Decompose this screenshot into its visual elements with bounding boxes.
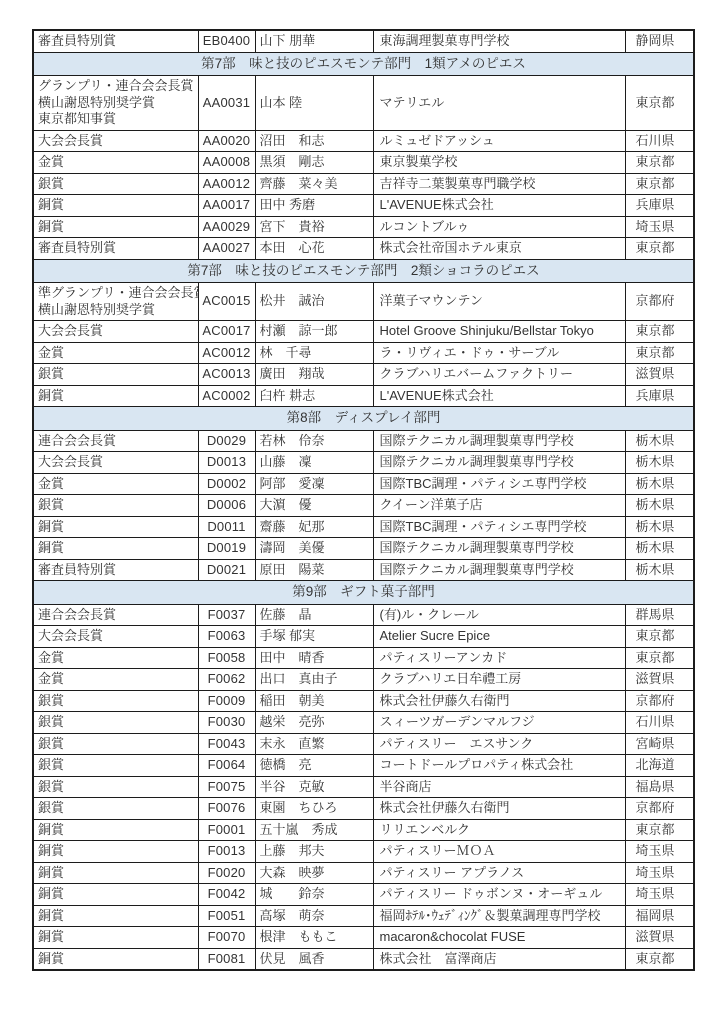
prefecture-cell: 福島県 <box>625 776 694 798</box>
organization-cell: L'AVENUE株式会社 <box>373 385 625 407</box>
award-cell: 銀賞 <box>33 712 198 734</box>
organization-cell: 国際テクニカル調理製菓専門学校 <box>373 430 625 452</box>
entry-code-cell: D0011 <box>198 516 255 538</box>
award-cell: 銅賞 <box>33 948 198 970</box>
table-row: 銀賞 F0075 半谷 克敏 半谷商店 福島県 <box>33 776 694 798</box>
table-row: 銅賞 F0081 伏見 風香 株式会社 富澤商店 東京都 <box>33 948 694 970</box>
organization-cell: 洋菓子マウンテン <box>373 283 625 321</box>
prefecture-cell: 東京都 <box>625 173 694 195</box>
award-cell: 銀賞 <box>33 690 198 712</box>
entry-code-cell: F0075 <box>198 776 255 798</box>
entry-code-cell: AA0017 <box>198 195 255 217</box>
prefecture-cell: 静岡県 <box>625 30 694 52</box>
winner-name-cell: 末永 直繁 <box>255 733 373 755</box>
winner-name-cell: 若林 伶奈 <box>255 430 373 452</box>
entry-code-cell: AC0015 <box>198 283 255 321</box>
table-row: 金賞 D0002 阿部 愛凜 国際TBC調理・パティシエ専門学校 栃木県 <box>33 473 694 495</box>
winner-name-cell: 山下 朋華 <box>255 30 373 52</box>
prefecture-cell: 埼玉県 <box>625 884 694 906</box>
table-row: グランプリ・連合会会長賞 横山謝恩特別奨学賞 東京都知事賞 AA0031 山本 … <box>33 76 694 131</box>
winner-name-cell: 高塚 萌奈 <box>255 905 373 927</box>
winner-name-cell: 大濵 優 <box>255 495 373 517</box>
prefecture-cell: 宮崎県 <box>625 733 694 755</box>
winner-name-cell: 伏見 風香 <box>255 948 373 970</box>
section-title: 第7部 味と技のピエスモンテ部門 1類アメのピエス <box>33 52 694 76</box>
winner-name-cell: 越栄 亮弥 <box>255 712 373 734</box>
prefecture-cell: 東京都 <box>625 76 694 131</box>
organization-cell: 国際TBC調理・パティシエ専門学校 <box>373 473 625 495</box>
organization-cell: マテリエル <box>373 76 625 131</box>
winner-name-cell: 出口 真由子 <box>255 669 373 691</box>
table-row: 金賞 AC0012 林 千尋 ラ・リヴィエ・ドゥ・サーブル 東京都 <box>33 342 694 364</box>
prefecture-cell: 東京都 <box>625 238 694 260</box>
winner-name-cell: 林 千尋 <box>255 342 373 364</box>
organization-cell: パティスリーアンカド <box>373 647 625 669</box>
table-row: 銅賞 D0019 濤岡 美優 国際テクニカル調理製菓専門学校 栃木県 <box>33 538 694 560</box>
award-cell: 大会会長賞 <box>33 452 198 474</box>
organization-cell: 国際テクニカル調理製菓専門学校 <box>373 538 625 560</box>
prefecture-cell: 東京都 <box>625 342 694 364</box>
prefecture-cell: 兵庫県 <box>625 195 694 217</box>
entry-code-cell: F0030 <box>198 712 255 734</box>
winner-name-cell: 根津 ももこ <box>255 927 373 949</box>
organization-cell: ラ・リヴィエ・ドゥ・サーブル <box>373 342 625 364</box>
organization-cell: 国際テクニカル調理製菓専門学校 <box>373 452 625 474</box>
winner-name-cell: 臼杵 耕志 <box>255 385 373 407</box>
prefecture-cell: 滋賀県 <box>625 927 694 949</box>
organization-cell: 国際TBC調理・パティシエ専門学校 <box>373 516 625 538</box>
organization-cell: パティスリー アプラノス <box>373 862 625 884</box>
document-page: 審査員特別賞 EB0400 山下 朋華 東海調理製菓専門学校 静岡県 第7部 味… <box>0 0 724 1024</box>
organization-cell: 株式会社伊藤久右衛門 <box>373 798 625 820</box>
winner-name-cell: 宮下 貴裕 <box>255 216 373 238</box>
section-header-row: 第7部 味と技のピエスモンテ部門 2類ショコラのピエス <box>33 259 694 283</box>
winner-name-cell: 稲田 朝美 <box>255 690 373 712</box>
organization-cell: 吉祥寺二葉製菓専門職学校 <box>373 173 625 195</box>
organization-cell: 福岡ﾎﾃﾙ･ｳｪﾃﾞｨﾝｸﾞ＆製菓調理専門学校 <box>373 905 625 927</box>
winner-name-cell: 田中 秀磨 <box>255 195 373 217</box>
award-cell: 連合会会長賞 <box>33 604 198 626</box>
award-cell: 銅賞 <box>33 819 198 841</box>
winner-name-cell: 村瀬 諒一郎 <box>255 321 373 343</box>
winner-name-cell: 東園 ちひろ <box>255 798 373 820</box>
organization-cell: クラブハリエ日牟禮工房 <box>373 669 625 691</box>
prefecture-cell: 福岡県 <box>625 905 694 927</box>
prefecture-cell: 東京都 <box>625 819 694 841</box>
organization-cell: 東海調理製菓専門学校 <box>373 30 625 52</box>
winner-name-cell: 沼田 和志 <box>255 130 373 152</box>
table-row: 大会会長賞 AC0017 村瀬 諒一郎 Hotel Groove Shinjuk… <box>33 321 694 343</box>
winner-name-cell: 松井 誠治 <box>255 283 373 321</box>
prefecture-cell: 石川県 <box>625 712 694 734</box>
entry-code-cell: D0006 <box>198 495 255 517</box>
award-cell: 銀賞 <box>33 495 198 517</box>
entry-code-cell: F0062 <box>198 669 255 691</box>
prefecture-cell: 埼玉県 <box>625 216 694 238</box>
entry-code-cell: AC0012 <box>198 342 255 364</box>
table-row: 審査員特別賞 AA0027 本田 心花 株式会社帝国ホテル東京 東京都 <box>33 238 694 260</box>
organization-cell: クイーン洋菓子店 <box>373 495 625 517</box>
prefecture-cell: 東京都 <box>625 321 694 343</box>
award-cell: 審査員特別賞 <box>33 559 198 581</box>
winner-name-cell: 五十嵐 秀成 <box>255 819 373 841</box>
section-header-row: 第9部 ギフト菓子部門 <box>33 581 694 605</box>
award-cell: 大会会長賞 <box>33 130 198 152</box>
entry-code-cell: F0037 <box>198 604 255 626</box>
prefecture-cell: 埼玉県 <box>625 862 694 884</box>
winner-name-cell: 徳橋 亮 <box>255 755 373 777</box>
award-cell: 銀賞 <box>33 755 198 777</box>
winner-name-cell: 齋藤 妃那 <box>255 516 373 538</box>
prefecture-cell: 東京都 <box>625 948 694 970</box>
organization-cell: パティスリー ドゥボンヌ・オーギュル <box>373 884 625 906</box>
winner-name-cell: 山藤 凜 <box>255 452 373 474</box>
table-row: 銅賞 F0001 五十嵐 秀成 リリエンベルク 東京都 <box>33 819 694 841</box>
prefecture-cell: 北海道 <box>625 755 694 777</box>
organization-cell: ルミュゼドアッシュ <box>373 130 625 152</box>
winner-name-cell: 廣田 翔哉 <box>255 364 373 386</box>
entry-code-cell: F0058 <box>198 647 255 669</box>
entry-code-cell: EB0400 <box>198 30 255 52</box>
awards-table-body: 審査員特別賞 EB0400 山下 朋華 東海調理製菓専門学校 静岡県 第7部 味… <box>33 30 694 970</box>
prefecture-cell: 京都府 <box>625 798 694 820</box>
prefecture-cell: 栃木県 <box>625 538 694 560</box>
prefecture-cell: 栃木県 <box>625 473 694 495</box>
winner-name-cell: 本田 心花 <box>255 238 373 260</box>
table-row: 銀賞 D0006 大濵 優 クイーン洋菓子店 栃木県 <box>33 495 694 517</box>
award-cell: 銅賞 <box>33 905 198 927</box>
organization-cell: コートドールプロパティ株式会社 <box>373 755 625 777</box>
section-title: 第9部 ギフト菓子部門 <box>33 581 694 605</box>
entry-code-cell: F0064 <box>198 755 255 777</box>
table-row: 銅賞 F0051 高塚 萌奈 福岡ﾎﾃﾙ･ｳｪﾃﾞｨﾝｸﾞ＆製菓調理専門学校 福… <box>33 905 694 927</box>
award-cell: 銀賞 <box>33 173 198 195</box>
table-row: 金賞 F0062 出口 真由子 クラブハリエ日牟禮工房 滋賀県 <box>33 669 694 691</box>
award-cell: 金賞 <box>33 473 198 495</box>
table-row: 金賞 F0058 田中 晴香 パティスリーアンカド 東京都 <box>33 647 694 669</box>
entry-code-cell: AA0012 <box>198 173 255 195</box>
prefecture-cell: 滋賀県 <box>625 364 694 386</box>
table-row: 連合会会長賞 F0037 佐藤 晶 (有)ル・クレール 群馬県 <box>33 604 694 626</box>
prefecture-cell: 栃木県 <box>625 559 694 581</box>
organization-cell: スィーツガーデンマルフジ <box>373 712 625 734</box>
award-cell: 銀賞 <box>33 798 198 820</box>
prefecture-cell: 群馬県 <box>625 604 694 626</box>
organization-cell: パティスリーＭＯＡ <box>373 841 625 863</box>
prefecture-cell: 栃木県 <box>625 452 694 474</box>
award-cell: 銀賞 <box>33 364 198 386</box>
award-cell: 銅賞 <box>33 516 198 538</box>
entry-code-cell: F0043 <box>198 733 255 755</box>
organization-cell: クラブハリエバームファクトリー <box>373 364 625 386</box>
entry-code-cell: F0020 <box>198 862 255 884</box>
entry-code-cell: AC0013 <box>198 364 255 386</box>
entry-code-cell: AA0020 <box>198 130 255 152</box>
organization-cell: 国際テクニカル調理製菓専門学校 <box>373 559 625 581</box>
award-cell: 銅賞 <box>33 884 198 906</box>
winner-name-cell: 手塚 郁実 <box>255 626 373 648</box>
prefecture-cell: 京都府 <box>625 283 694 321</box>
organization-cell: パティスリー エスサンク <box>373 733 625 755</box>
table-row: 銀賞 F0043 末永 直繁 パティスリー エスサンク 宮崎県 <box>33 733 694 755</box>
winner-name-cell: 濤岡 美優 <box>255 538 373 560</box>
award-cell: 金賞 <box>33 152 198 174</box>
table-row: 銅賞 AA0029 宮下 貴裕 ルコントブルゥ 埼玉県 <box>33 216 694 238</box>
section-title: 第7部 味と技のピエスモンテ部門 2類ショコラのピエス <box>33 259 694 283</box>
entry-code-cell: F0042 <box>198 884 255 906</box>
award-cell: 銅賞 <box>33 195 198 217</box>
section-title: 第8部 ディスプレイ部門 <box>33 407 694 431</box>
winner-name-cell: 佐藤 晶 <box>255 604 373 626</box>
award-cell: 銅賞 <box>33 862 198 884</box>
entry-code-cell: AA0029 <box>198 216 255 238</box>
table-row: 銀賞 F0030 越栄 亮弥 スィーツガーデンマルフジ 石川県 <box>33 712 694 734</box>
table-row: 審査員特別賞 D0021 原田 陽菜 国際テクニカル調理製菓専門学校 栃木県 <box>33 559 694 581</box>
organization-cell: L'AVENUE株式会社 <box>373 195 625 217</box>
table-row: 銀賞 AA0012 齊藤 菜々美 吉祥寺二葉製菓専門職学校 東京都 <box>33 173 694 195</box>
table-row: 銅賞 F0042 城 鈴奈 パティスリー ドゥボンヌ・オーギュル 埼玉県 <box>33 884 694 906</box>
table-row: 銀賞 F0076 東園 ちひろ 株式会社伊藤久右衛門 京都府 <box>33 798 694 820</box>
table-row: 銅賞 F0070 根津 ももこ macaron&chocolat FUSE 滋賀… <box>33 927 694 949</box>
award-cell: 銅賞 <box>33 841 198 863</box>
award-cell: 銀賞 <box>33 776 198 798</box>
organization-cell: 半谷商店 <box>373 776 625 798</box>
award-cell: 審査員特別賞 <box>33 238 198 260</box>
table-row: 大会会長賞 D0013 山藤 凜 国際テクニカル調理製菓専門学校 栃木県 <box>33 452 694 474</box>
table-row: 銅賞 F0013 上藤 邦夫 パティスリーＭＯＡ 埼玉県 <box>33 841 694 863</box>
entry-code-cell: F0063 <box>198 626 255 648</box>
organization-cell: macaron&chocolat FUSE <box>373 927 625 949</box>
entry-code-cell: D0002 <box>198 473 255 495</box>
prefecture-cell: 埼玉県 <box>625 841 694 863</box>
table-row: 大会会長賞 F0063 手塚 郁実 Atelier Sucre Epice 東京… <box>33 626 694 648</box>
entry-code-cell: D0021 <box>198 559 255 581</box>
table-row: 銀賞 F0064 徳橋 亮 コートドールプロパティ株式会社 北海道 <box>33 755 694 777</box>
entry-code-cell: F0051 <box>198 905 255 927</box>
award-cell: 銅賞 <box>33 385 198 407</box>
winner-name-cell: 齊藤 菜々美 <box>255 173 373 195</box>
organization-cell: 株式会社 富澤商店 <box>373 948 625 970</box>
award-cell: 銅賞 <box>33 538 198 560</box>
award-cell: 銅賞 <box>33 216 198 238</box>
table-row: 銀賞 F0009 稲田 朝美 株式会社伊藤久右衛門 京都府 <box>33 690 694 712</box>
winner-name-cell: 田中 晴香 <box>255 647 373 669</box>
winner-name-cell: 城 鈴奈 <box>255 884 373 906</box>
table-row: 大会会長賞 AA0020 沼田 和志 ルミュゼドアッシュ 石川県 <box>33 130 694 152</box>
table-row: 銅賞 AC0002 臼杵 耕志 L'AVENUE株式会社 兵庫県 <box>33 385 694 407</box>
organization-cell: Atelier Sucre Epice <box>373 626 625 648</box>
table-row: 審査員特別賞 EB0400 山下 朋華 東海調理製菓専門学校 静岡県 <box>33 30 694 52</box>
table-row: 銅賞 F0020 大森 映夢 パティスリー アプラノス 埼玉県 <box>33 862 694 884</box>
entry-code-cell: AA0031 <box>198 76 255 131</box>
award-cell: 審査員特別賞 <box>33 30 198 52</box>
table-row: 銅賞 AA0017 田中 秀磨 L'AVENUE株式会社 兵庫県 <box>33 195 694 217</box>
award-cell: 銅賞 <box>33 927 198 949</box>
entry-code-cell: F0001 <box>198 819 255 841</box>
prefecture-cell: 石川県 <box>625 130 694 152</box>
prefecture-cell: 栃木県 <box>625 495 694 517</box>
award-cell: 金賞 <box>33 647 198 669</box>
winner-name-cell: 大森 映夢 <box>255 862 373 884</box>
winner-name-cell: 半谷 克敏 <box>255 776 373 798</box>
entry-code-cell: F0009 <box>198 690 255 712</box>
prefecture-cell: 栃木県 <box>625 516 694 538</box>
table-row: 準グランプリ・連合会会長賞 横山謝恩特別奨学賞 AC0015 松井 誠治 洋菓子… <box>33 283 694 321</box>
table-row: 連合会会長賞 D0029 若林 伶奈 国際テクニカル調理製菓専門学校 栃木県 <box>33 430 694 452</box>
prefecture-cell: 兵庫県 <box>625 385 694 407</box>
entry-code-cell: AA0027 <box>198 238 255 260</box>
prefecture-cell: 東京都 <box>625 626 694 648</box>
organization-cell: リリエンベルク <box>373 819 625 841</box>
award-cell: 準グランプリ・連合会会長賞 横山謝恩特別奨学賞 <box>33 283 198 321</box>
entry-code-cell: F0081 <box>198 948 255 970</box>
entry-code-cell: F0076 <box>198 798 255 820</box>
prefecture-cell: 東京都 <box>625 152 694 174</box>
table-row: 銀賞 AC0013 廣田 翔哉 クラブハリエバームファクトリー 滋賀県 <box>33 364 694 386</box>
prefecture-cell: 京都府 <box>625 690 694 712</box>
winner-name-cell: 黒須 剛志 <box>255 152 373 174</box>
organization-cell: (有)ル・クレール <box>373 604 625 626</box>
organization-cell: 株式会社伊藤久右衛門 <box>373 690 625 712</box>
winner-name-cell: 阿部 愛凜 <box>255 473 373 495</box>
award-cell: 大会会長賞 <box>33 321 198 343</box>
prefecture-cell: 東京都 <box>625 647 694 669</box>
entry-code-cell: D0013 <box>198 452 255 474</box>
entry-code-cell: F0013 <box>198 841 255 863</box>
award-cell: 銀賞 <box>33 733 198 755</box>
table-row: 金賞 AA0008 黒須 剛志 東京製菓学校 東京都 <box>33 152 694 174</box>
organization-cell: ルコントブルゥ <box>373 216 625 238</box>
table-row: 銅賞 D0011 齋藤 妃那 国際TBC調理・パティシエ専門学校 栃木県 <box>33 516 694 538</box>
organization-cell: Hotel Groove Shinjuku/Bellstar Tokyo <box>373 321 625 343</box>
section-header-row: 第7部 味と技のピエスモンテ部門 1類アメのピエス <box>33 52 694 76</box>
entry-code-cell: AC0017 <box>198 321 255 343</box>
entry-code-cell: AA0008 <box>198 152 255 174</box>
entry-code-cell: D0019 <box>198 538 255 560</box>
prefecture-cell: 栃木県 <box>625 430 694 452</box>
winner-name-cell: 原田 陽菜 <box>255 559 373 581</box>
winner-name-cell: 上藤 邦夫 <box>255 841 373 863</box>
award-cell: 金賞 <box>33 669 198 691</box>
entry-code-cell: D0029 <box>198 430 255 452</box>
award-cell: 金賞 <box>33 342 198 364</box>
section-header-row: 第8部 ディスプレイ部門 <box>33 407 694 431</box>
organization-cell: 東京製菓学校 <box>373 152 625 174</box>
prefecture-cell: 滋賀県 <box>625 669 694 691</box>
award-cell: 大会会長賞 <box>33 626 198 648</box>
entry-code-cell: F0070 <box>198 927 255 949</box>
organization-cell: 株式会社帝国ホテル東京 <box>373 238 625 260</box>
entry-code-cell: AC0002 <box>198 385 255 407</box>
awards-table: 審査員特別賞 EB0400 山下 朋華 東海調理製菓専門学校 静岡県 第7部 味… <box>32 29 695 971</box>
award-cell: グランプリ・連合会会長賞 横山謝恩特別奨学賞 東京都知事賞 <box>33 76 198 131</box>
award-cell: 連合会会長賞 <box>33 430 198 452</box>
winner-name-cell: 山本 陸 <box>255 76 373 131</box>
